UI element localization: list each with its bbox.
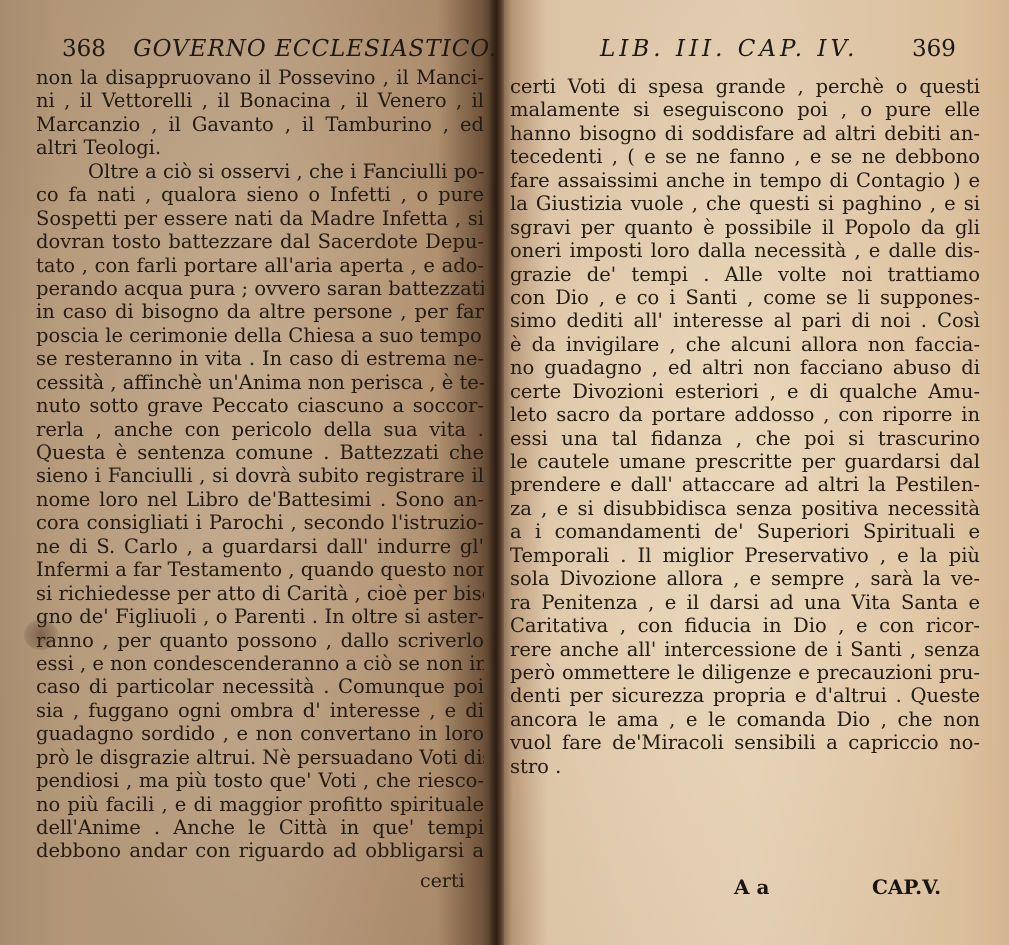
right-running-head: LIB. III. CAP. IV. 369 xyxy=(600,36,960,66)
text-line: dovran tosto battezzare dal Sacerdote De… xyxy=(36,230,484,253)
right-page-number: 369 xyxy=(912,36,956,62)
text-line: stro . xyxy=(510,755,980,778)
text-line: ancora le ama , e le comanda Dio , che n… xyxy=(510,708,980,731)
open-book-spread: 368 GOVERNO ECCLESIASTICO. non la disapp… xyxy=(0,0,1009,945)
text-line: nuto sotto grave Peccato ciascuno a socc… xyxy=(36,394,484,417)
text-line: essi , e non condescenderanno a ciò se n… xyxy=(36,652,484,675)
text-line: altri Teologi. xyxy=(36,136,484,159)
text-line: essi una tal fidanza , che poi si trascu… xyxy=(510,427,980,450)
text-line: certe Divozioni esteriori , e di qualche… xyxy=(510,380,980,403)
text-line: sia , fuggano ogni ombra d' interesse , … xyxy=(36,699,484,722)
text-line: vuol fare de'Miracoli sensibili a capric… xyxy=(510,731,980,754)
left-body-text: non la disappruovano il Possevino , il M… xyxy=(36,66,484,863)
text-line: ne di S. Carlo , a guardarsi dall' indur… xyxy=(36,535,484,558)
text-line: prendere e dall' attaccare ad altri la P… xyxy=(510,473,980,496)
text-line: a i comandamenti de' Superiori Spiritual… xyxy=(510,520,980,543)
text-line: za , e si disubbidisca senza positiva ne… xyxy=(510,497,980,520)
text-line: ni , il Vettorelli , il Bonacina , il Ve… xyxy=(36,89,484,112)
text-line: pendiosi , ma più tosto que' Voti , che … xyxy=(36,769,484,792)
text-line: è da invigilare , che alcuni allora non … xyxy=(510,333,980,356)
text-line: prò le disgrazie altrui. Nè persuadano V… xyxy=(36,746,484,769)
right-running-title: LIB. III. CAP. IV. xyxy=(600,36,858,62)
text-line: le cautele umane prescritte per guardars… xyxy=(510,450,980,473)
left-page: 368 GOVERNO ECCLESIASTICO. non la disapp… xyxy=(0,0,497,945)
text-line: nome loro nel Libro de'Battesimi . Sono … xyxy=(36,488,484,511)
signature-mark: A a xyxy=(734,875,769,899)
text-line: Caritativa , con fiducia in Dio , e con … xyxy=(510,614,980,637)
text-line: no guadagno , ed altri non facciano abus… xyxy=(510,356,980,379)
text-line: hanno bisogno di soddisfare ad altri deb… xyxy=(510,122,980,145)
text-line: la Giustizia vuole , che questi si paghi… xyxy=(510,192,980,215)
left-running-title: GOVERNO ECCLESIASTICO. xyxy=(133,36,497,62)
left-page-number: 368 xyxy=(62,36,106,62)
text-line: sola Divozione allora , e sempre , sarà … xyxy=(510,567,980,590)
text-line: Questa è sentenza comune . Battezzati ch… xyxy=(36,441,484,464)
left-running-head: 368 GOVERNO ECCLESIASTICO. xyxy=(62,36,497,66)
text-line: no più facili , e di maggior profitto sp… xyxy=(36,793,484,816)
text-line: Sospetti per essere nati da Madre Infett… xyxy=(36,207,484,230)
text-line: si richiedesse per atto di Carità , cioè… xyxy=(36,582,484,605)
text-line: cora consigliati i Parochi , secondo l'i… xyxy=(36,511,484,534)
text-line: Temporali . Il miglior Preservativo , e … xyxy=(510,544,980,567)
text-line: ra Penitenza , e il darsi ad una Vita Sa… xyxy=(510,591,980,614)
text-line: in caso di bisogno da altre persone , pe… xyxy=(36,300,484,323)
text-line: guadagno sordido , e non convertano in l… xyxy=(36,722,484,745)
text-line: denti per sicurezza propria e d'altrui .… xyxy=(510,684,980,707)
text-line: leto sacro da portare addosso , con ripo… xyxy=(510,403,980,426)
text-line: gno de' Figliuoli , o Parenti . In oltre… xyxy=(36,605,484,628)
text-line: non la disappruovano il Possevino , il M… xyxy=(36,66,484,89)
text-line: Marcanzio , il Gavanto , il Tamburino , … xyxy=(36,113,484,136)
text-line: tato , con farli portare all'aria aperta… xyxy=(36,254,484,277)
text-line: malamente si eseguiscono poi , o pure el… xyxy=(510,98,980,121)
text-line: poscia le cerimonie della Chiesa a suo t… xyxy=(36,324,484,347)
text-line: fare assaissimi anche in tempo di Contag… xyxy=(510,169,980,192)
text-line: ranno , per quanto possono , dallo scriv… xyxy=(36,629,484,652)
text-line: grazie de' tempi . Alle volte noi tratti… xyxy=(510,263,980,286)
text-line: sieno i Fanciulli , si dovrà subito regi… xyxy=(36,464,484,487)
catchword: certi xyxy=(420,870,465,892)
book-gutter xyxy=(488,0,504,945)
text-line: simo dediti all' interesse al pari di no… xyxy=(510,309,980,332)
text-line: sgravi per quanto è possibile il Popolo … xyxy=(510,216,980,239)
text-line: però ommettere le diligenze e precauzion… xyxy=(510,661,980,684)
text-line: cessità , affinchè un'Anima non perisca … xyxy=(36,371,484,394)
text-line: rerla , anche con pericolo della sua vit… xyxy=(36,418,484,441)
text-line: dell'Anime . Anche le Città in que' temp… xyxy=(36,816,484,839)
text-line: certi Voti di spesa grande , perchè o qu… xyxy=(510,75,980,98)
text-line: caso di particolar necessità . Comunque … xyxy=(36,675,484,698)
text-line: rere anche all' intercessione de i Santi… xyxy=(510,638,980,661)
text-line: debbono andar con riguardo ad obbligarsi… xyxy=(36,839,484,862)
text-line: Infermi a far Testamento , quando questo… xyxy=(36,558,484,581)
right-body-text: certi Voti di spesa grande , perchè o qu… xyxy=(510,75,980,778)
text-line: oneri imposti loro dalla necessità , e d… xyxy=(510,239,980,262)
ink-stain xyxy=(24,620,58,650)
text-line: se resteranno in vita . In caso di estre… xyxy=(36,347,484,370)
text-line: perando acqua pura ; ovvero saran battez… xyxy=(36,277,484,300)
text-line: co fa nati , qualora sieno o Infetti , o… xyxy=(36,183,484,206)
next-chapter-catchword: CAP.V. xyxy=(872,875,941,899)
text-line: tecedenti , ( e se ne fanno , e se ne de… xyxy=(510,145,980,168)
text-line: Oltre a ciò si osservi , che i Fanciulli… xyxy=(36,160,484,183)
text-line: con Dio , e co i Santi , come se li supp… xyxy=(510,286,980,309)
